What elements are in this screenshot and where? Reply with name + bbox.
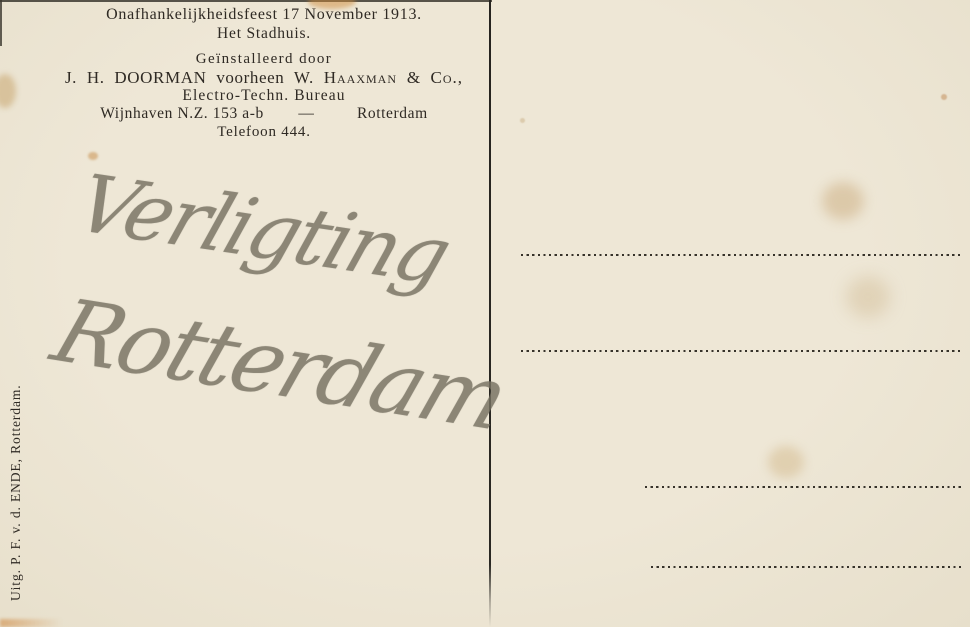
- printed-header: Onafhankelijkheidsfeest 17 November 1913…: [38, 6, 490, 141]
- firm-predecessor: Haaxman: [324, 68, 397, 87]
- firm-ampersand: &: [407, 68, 421, 87]
- scan-bottom-edge: [0, 619, 62, 627]
- address-ruled-line-4: [651, 566, 962, 568]
- address-ruled-line-2: [521, 350, 962, 352]
- speck-center: [520, 118, 525, 123]
- handwriting-word-2: Rotterdam: [41, 280, 519, 449]
- city-name: Rotterdam: [357, 105, 428, 122]
- publisher-imprint: Uitg. P. F. v. d. ENDE, Rotterdam.: [8, 384, 24, 601]
- scan-left-edge: [0, 0, 2, 46]
- firm-name: J. H. DOORMAN voorheen W.: [65, 68, 314, 87]
- bureau-line: Electro-Techn. Bureau: [38, 87, 490, 105]
- stain-mid-right: [846, 276, 890, 318]
- firm-line: J. H. DOORMAN voorheen W. Haaxman & Co.,: [38, 68, 490, 87]
- street-line: Wijnhaven N.Z. 153 a-b — Rotterdam: [38, 105, 490, 123]
- speck-right: [941, 94, 947, 100]
- firm-co: Co.,: [431, 68, 464, 87]
- event-title: Onafhankelijkheidsfeest 17 November 1913…: [38, 6, 490, 24]
- address-ruled-line-3: [645, 486, 962, 488]
- telephone-line: Telefoon 444.: [38, 124, 490, 141]
- stain-lower-right: [768, 446, 804, 478]
- postcard-back: Onafhankelijkheidsfeest 17 November 1913…: [0, 0, 970, 627]
- stain-upper-right: [822, 182, 864, 220]
- stain-left-edge: [0, 74, 16, 108]
- address-ruled-line-1: [521, 254, 962, 256]
- subject-title: Het Stadhuis.: [38, 25, 490, 43]
- scan-top-edge: [0, 0, 492, 2]
- em-dash: —: [298, 105, 314, 123]
- installed-by-label: Geïnstalleerd door: [38, 51, 490, 68]
- handwriting-word-1: Verligting: [65, 158, 460, 302]
- street-address: Wijnhaven N.Z. 153 a-b: [100, 105, 264, 122]
